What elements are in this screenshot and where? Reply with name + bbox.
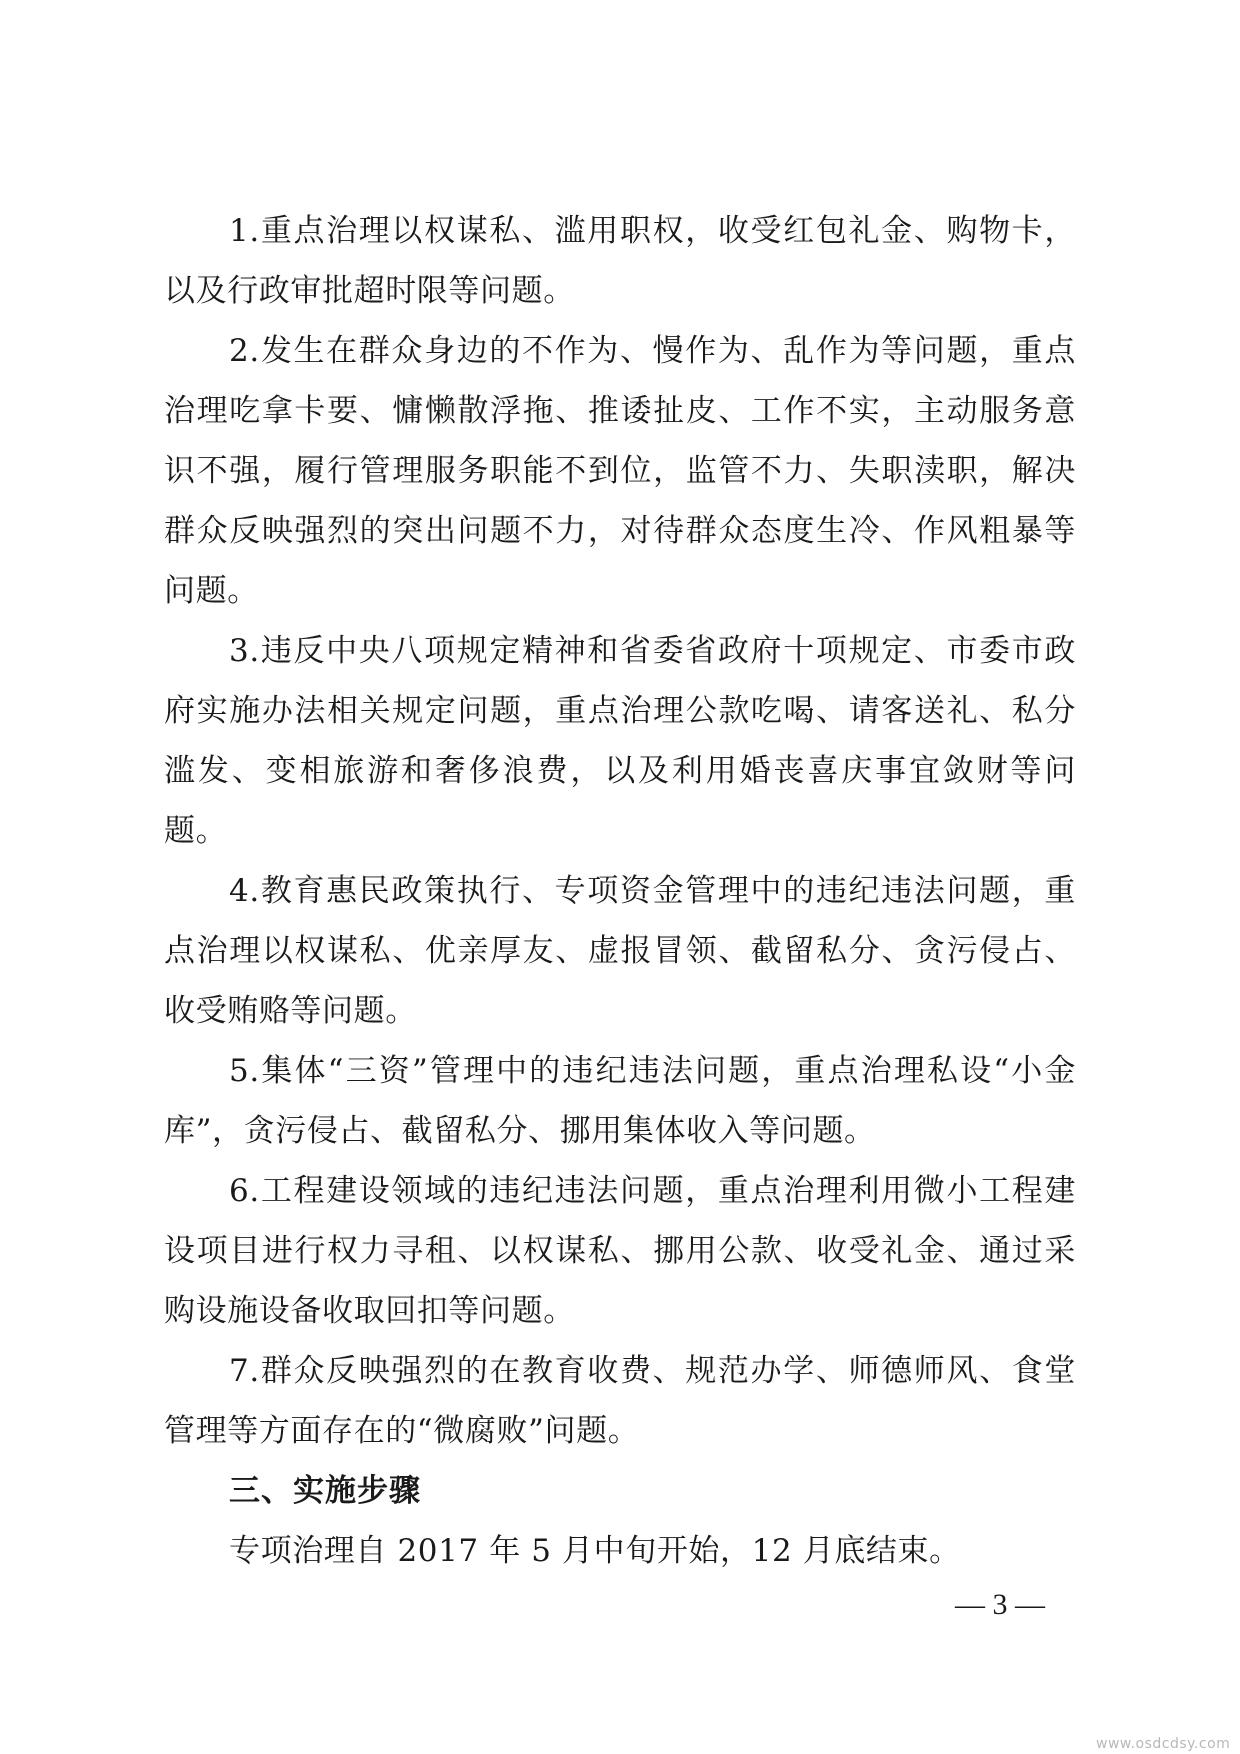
paragraph-item-2: 2.发生在群众身边的不作为、慢作为、乱作为等问题，重点治理吃拿卡要、慵懒散浮拖、…: [164, 321, 1076, 621]
paragraph-item-7: 7.群众反映强烈的在教育收费、规范办学、师德师风、食堂管理等方面存在的“微腐败”…: [164, 1341, 1076, 1461]
section-heading: 三、实施步骤: [164, 1461, 1076, 1521]
page-number: — 3 —: [940, 1588, 1060, 1622]
paragraph-item-5: 5.集体“三资”管理中的违纪违法问题，重点治理私设“小金库”，贪污侵占、截留私分…: [164, 1041, 1076, 1161]
watermark: www.osdcdsy.com: [1096, 1736, 1230, 1752]
paragraph-item-1: 1.重点治理以权谋私、滥用职权，收受红包礼金、购物卡，以及行政审批超时限等问题。: [164, 201, 1076, 321]
paragraph-item-6: 6.工程建设领域的违纪违法问题，重点治理利用微小工程建设项目进行权力寻租、以权谋…: [164, 1161, 1076, 1341]
paragraph-item-3: 3.违反中央八项规定精神和省委省政府十项规定、市委市政府实施办法相关规定问题，重…: [164, 621, 1076, 861]
paragraph-item-4: 4.教育惠民政策执行、专项资金管理中的违纪违法问题，重点治理以权谋私、优亲厚友、…: [164, 861, 1076, 1041]
section-text: 专项治理自 2017 年 5 月中旬开始，12 月底结束。: [164, 1521, 1076, 1581]
document-body: 1.重点治理以权谋私、滥用职权，收受红包礼金、购物卡，以及行政审批超时限等问题。…: [164, 201, 1076, 1581]
document-page: 1.重点治理以权谋私、滥用职权，收受红包礼金、购物卡，以及行政审批超时限等问题。…: [0, 0, 1240, 1754]
